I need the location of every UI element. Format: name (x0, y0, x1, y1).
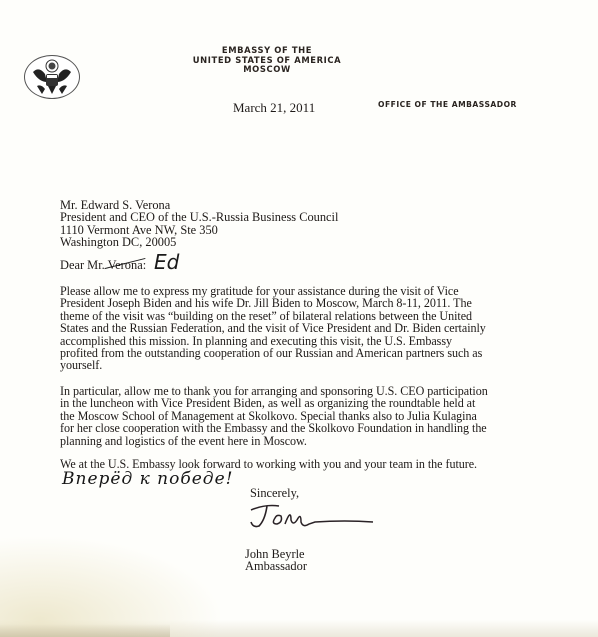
signature-icon (245, 498, 375, 538)
body-paragraph-2: In particular, allow me to thank you for… (60, 385, 580, 447)
office-label: OFFICE OF THE AMBASSADOR (378, 100, 517, 109)
letter-date: March 21, 2011 (233, 100, 315, 116)
paragraph-line: yourself. (60, 359, 580, 371)
handwritten-note: Вперёд к победе! (62, 469, 233, 489)
great-seal-icon (24, 55, 80, 99)
address-line: President and CEO of the U.S.-Russia Bus… (60, 211, 338, 223)
paragraph-line: profited from the outstanding cooperatio… (60, 347, 580, 359)
body-paragraph-1: Please allow me to express my gratitude … (60, 285, 580, 372)
recipient-address: Mr. Edward S. Verona President and CEO o… (60, 199, 338, 249)
eagle-seal-graphic (25, 56, 79, 98)
handwritten-name: Ed (154, 250, 179, 274)
paragraph-line: planning and logistics of the event here… (60, 435, 580, 447)
letterhead-line: MOSCOW (180, 65, 354, 75)
paragraph-line: for her close cooperation with the Embas… (60, 422, 580, 434)
salutation: Dear Mr. Verona: (60, 258, 146, 273)
address-line: Washington DC, 20005 (60, 236, 338, 248)
salutation-prefix: Dear Mr. (60, 258, 105, 272)
paragraph-line: States and the Russian Federation, and t… (60, 322, 580, 334)
struck-name: Verona (108, 258, 143, 272)
paragraph-line: in the luncheon with Vice President Bide… (60, 397, 580, 409)
letter-page: EMBASSY OF THE UNITED STATES OF AMERICA … (0, 0, 598, 637)
paper-edge-shadow (0, 624, 170, 637)
salutation-colon: : (143, 258, 146, 272)
signer-title: Ambassador (245, 560, 307, 572)
letterhead: EMBASSY OF THE UNITED STATES OF AMERICA … (180, 46, 354, 75)
paragraph-line: President Joseph Biden and his wife Dr. … (60, 297, 580, 309)
signer-block: John Beyrle Ambassador (245, 548, 307, 573)
